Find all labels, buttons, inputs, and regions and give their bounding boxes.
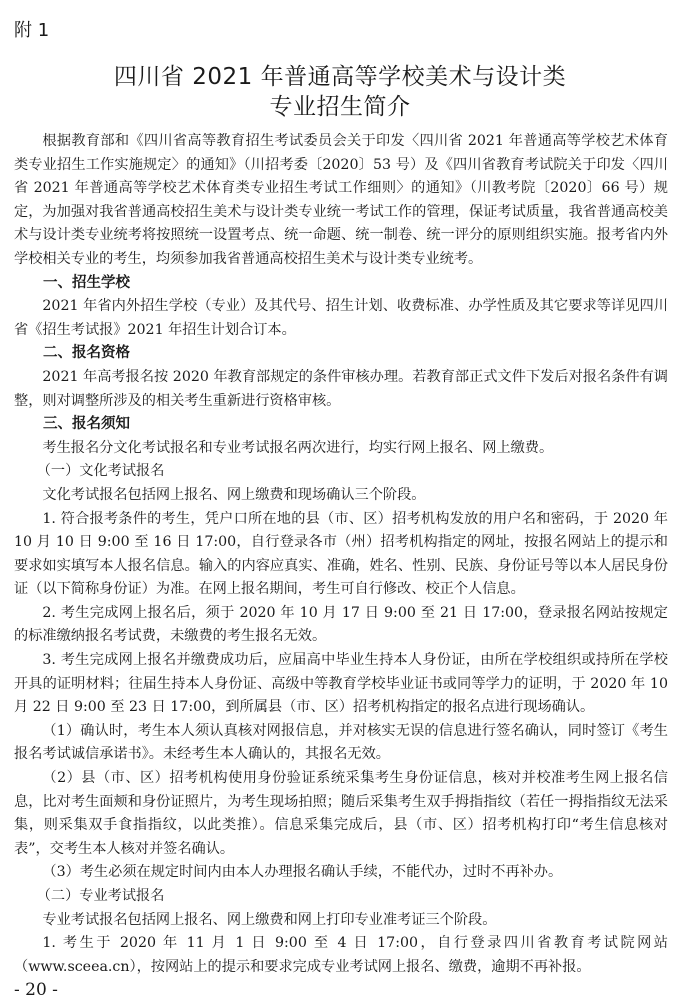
- sub2-item: 1. 考生于 2020 年 11 月 1 日 9:00 至 4 日 17:00，…: [14, 932, 668, 979]
- sub1-item: 1. 符合报考条件的考生，凭户口所在地的县（市、区）招考机构发放的用户名和密码，…: [14, 508, 668, 602]
- document-body: 根据教育部和《四川省高等教育招生考试委员会关于印发〈四川省 2021 年普通高等…: [14, 130, 668, 979]
- sub2-heading: （二）专业考试报名: [14, 885, 668, 909]
- document-page: 附 1 四川省 2021 年普通高等学校美术与设计类 专业招生简介 根据教育部和…: [0, 0, 680, 1007]
- title-line-1: 四川省 2021 年普通高等学校美术与设计类: [0, 58, 680, 91]
- sub1-item: 3. 考生完成网上报名并缴费成功后，应届高中毕业生持本人身份证，由所在学校组织或…: [14, 649, 668, 720]
- section3-heading: 三、报名须知: [14, 413, 668, 437]
- sub1-item: （1）确认时，考生本人须认真核对网报信息，并对核实无误的信息进行签名确认，同时签…: [14, 720, 668, 767]
- section2-heading: 二、报名资格: [14, 342, 668, 366]
- sub1-intro: 文化考试报名包括网上报名、网上缴费和现场确认三个阶段。: [14, 484, 668, 508]
- section3-text: 考生报名分文化考试报名和专业考试报名两次进行，均实行网上报名、网上缴费。: [14, 437, 668, 461]
- sub1-item: 2. 考生完成网上报名后，须于 2020 年 10 月 17 日 9:00 至 …: [14, 602, 668, 649]
- page-number: - 20 -: [14, 980, 58, 1000]
- sub2-intro: 专业考试报名包括网上报名、网上缴费和网上打印专业准考证三个阶段。: [14, 909, 668, 933]
- sub1-item: （3）考生必须在规定时间内由本人办理报名确认手续，不能代办，过时不再补办。: [14, 861, 668, 885]
- section2-text: 2021 年高考报名按 2020 年教育部规定的条件审核办理。若教育部正式文件下…: [14, 366, 668, 413]
- intro-paragraph: 根据教育部和《四川省高等教育招生考试委员会关于印发〈四川省 2021 年普通高等…: [14, 130, 668, 272]
- sub1-heading: （一）文化考试报名: [14, 460, 668, 484]
- section1-text: 2021 年省内外招生学校（专业）及其代号、招生计划、收费标准、办学性质及其它要…: [14, 295, 668, 342]
- sub1-item: （2）县（市、区）招考机构使用身份验证系统采集考生身份证信息，核对并校准考生网上…: [14, 767, 668, 861]
- section1-heading: 一、招生学校: [14, 272, 668, 296]
- annex-label: 附 1: [14, 16, 49, 42]
- title-line-2: 专业招生简介: [0, 88, 680, 121]
